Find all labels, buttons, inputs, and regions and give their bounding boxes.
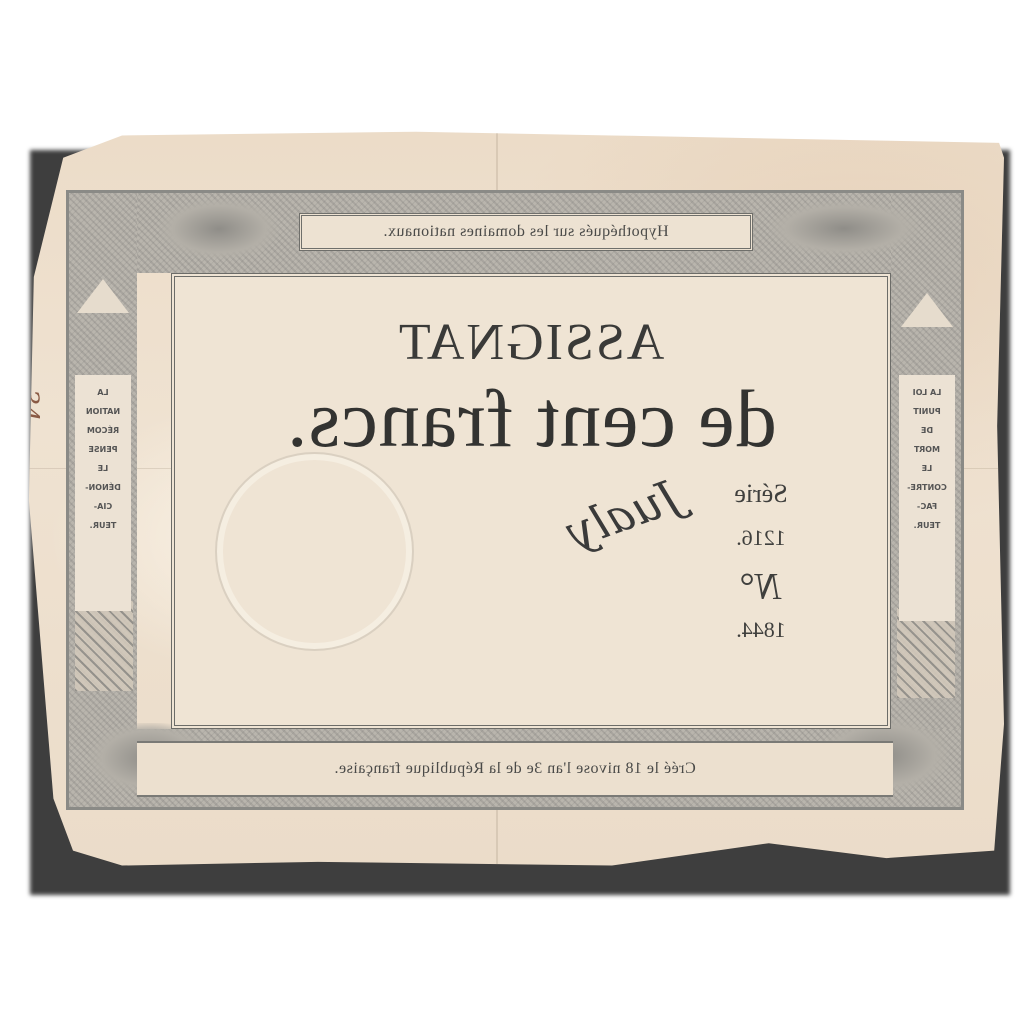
- right-inscription-line: DE: [899, 421, 955, 440]
- left-inscription-line: DÉNON-: [75, 478, 131, 497]
- right-inscription-line: CONTRE-: [899, 478, 955, 497]
- right-inscription-line: TEUR.: [899, 516, 955, 535]
- title-assignat: ASSIGNAT: [175, 313, 887, 372]
- left-inscription-line: NATION: [75, 402, 131, 421]
- note-number: 1844.: [701, 617, 821, 643]
- denomination-text: de cent francs.: [175, 372, 887, 466]
- header-cartouche: Hypothéqués sur les domaines nationaux.: [299, 213, 753, 251]
- pediment-ornament-right: [901, 293, 953, 327]
- reclining-figure-vignette-top-right: [769, 201, 919, 256]
- serie-label: Série: [701, 479, 821, 509]
- left-inscription-line: LA: [75, 383, 131, 402]
- allegory-vignette-top-left: [159, 199, 279, 259]
- handwritten-mark: 34: [14, 388, 44, 421]
- left-column-inscription: LA NATION RÉCOM PENSE LE DÉNON- CIA- TEU…: [75, 375, 131, 611]
- assignat-banknote: 34 Hypothéqués sur les domaines nationau…: [24, 128, 1004, 873]
- header-text: Hypothéqués sur les domaines nationaux.: [383, 223, 669, 241]
- lattice-ornament-left: [75, 601, 133, 691]
- lattice-ornament-right: [897, 608, 955, 698]
- serial-block: Série 1216. N° 1844.: [701, 479, 821, 643]
- footer-cartouche: Créé le 18 nivose l'an 3e de la Républiq…: [137, 741, 893, 797]
- central-panel: ASSIGNAT de cent francs. Jualy Série 121…: [171, 273, 891, 729]
- left-inscription-line: RÉCOM: [75, 421, 131, 440]
- right-column-inscription: LA LOI PUNIT DE MORT LE CONTRE- FAC- TEU…: [899, 375, 955, 621]
- right-inscription-line: PUNIT: [899, 402, 955, 421]
- left-inscription-line: TEUR.: [75, 516, 131, 535]
- right-inscription-line: MORT: [899, 440, 955, 459]
- left-inscription-line: PENSE: [75, 440, 131, 459]
- pediment-ornament-left: [77, 279, 129, 313]
- embossed-dry-seal: [215, 452, 414, 651]
- engraved-frame: Hypothéqués sur les domaines nationaux. …: [66, 190, 964, 810]
- footer-text: Créé le 18 nivose l'an 3e de la Républiq…: [334, 760, 696, 778]
- handwritten-signature: Jualy: [559, 469, 687, 559]
- right-inscription-line: FAC-: [899, 497, 955, 516]
- left-inscription-line: LE: [75, 459, 131, 478]
- serie-number: 1216.: [701, 525, 821, 551]
- right-inscription-line: LA LOI: [899, 383, 955, 402]
- left-inscription-line: CIA-: [75, 497, 131, 516]
- right-inscription-line: LE: [899, 459, 955, 478]
- number-label: N°: [701, 565, 821, 609]
